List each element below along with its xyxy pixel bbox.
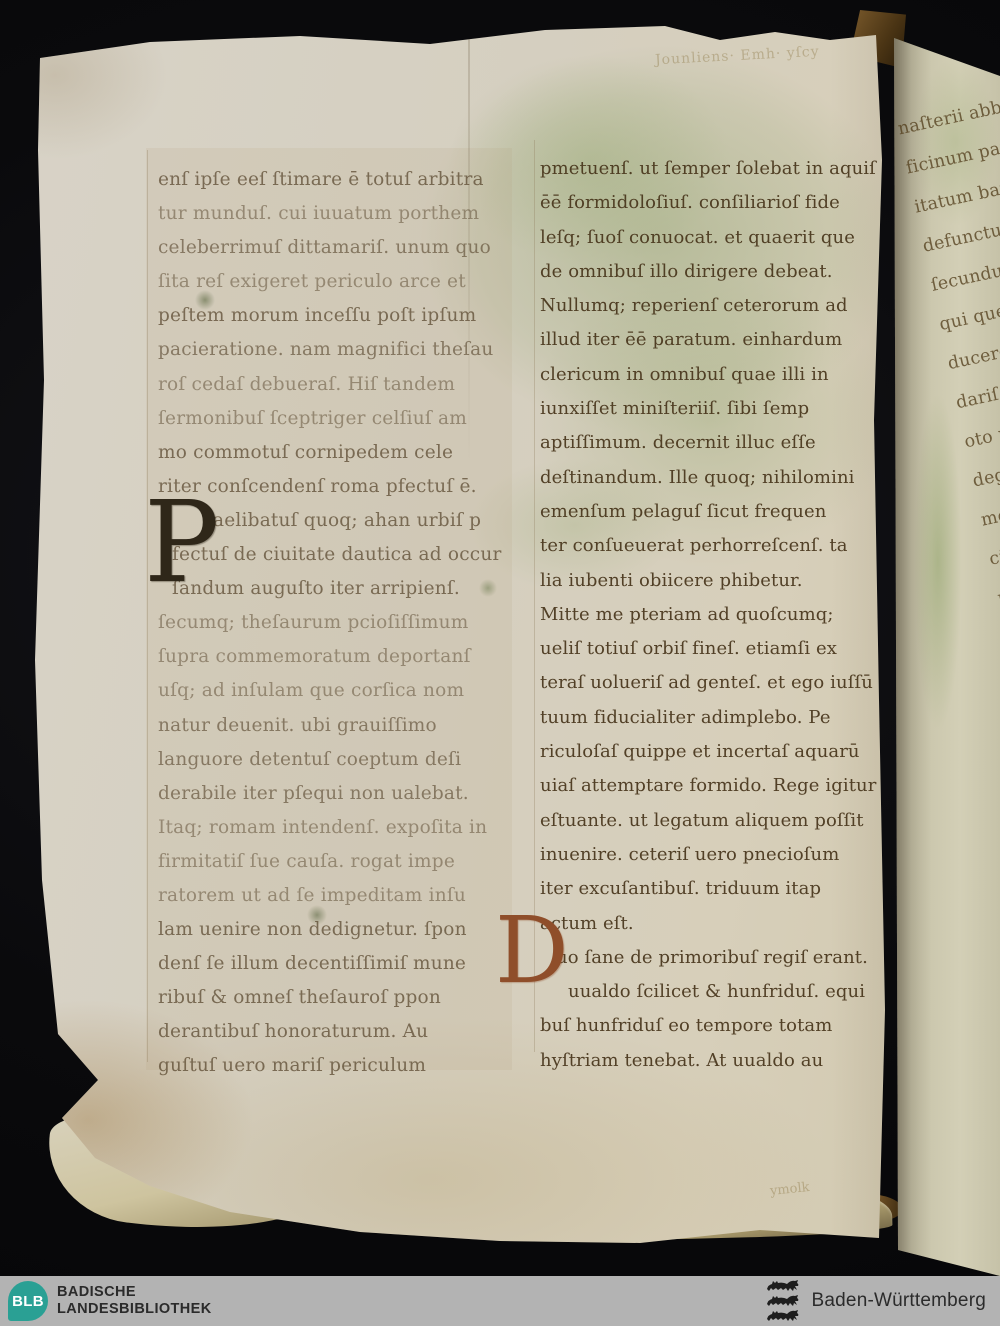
manuscript-line: riculoſaſ quippe et incertaſ aquarū (540, 735, 888, 769)
manuscript-line: ſermonibuſ ſceptriger celſiuſ am (158, 402, 524, 436)
right-text-column: pmetuenſ. ut ſemper ſolebat in aquiſēē f… (540, 152, 888, 1078)
manuscript-line: mo commotuſ cornipedem cele (158, 436, 524, 470)
facing-page-edge: naſterii abba fuerit Cuificinum papiae u… (886, 22, 1000, 1276)
manuscript-line: clericum in omnibuſ quae illi in (540, 358, 888, 392)
manuscript-line: enſ ipſe eeſ ſtimare ē totuſ arbitra (158, 163, 524, 197)
footer-bar: BLB BADISCHE LANDESBIBLIOTHEK Baden-Würt… (0, 1276, 1000, 1326)
manuscript-line: denſ ſe illum decentiſſimiſ mune (158, 947, 524, 981)
library-branding: BLB BADISCHE LANDESBIBLIOTHEK (8, 1281, 212, 1321)
initial-p: P (144, 498, 219, 590)
manuscript-line: inuenire. ceteriſ uero pnecioſum (540, 838, 888, 872)
manuscript-line: uo ſane de primoribuſ regiſ erant. (540, 941, 888, 975)
manuscript-line: tur munduſ. cui iuuatum porthem (158, 197, 524, 231)
manuscript-line: iunxiſſet miniſteriiſ. ſibi ſemp (540, 392, 888, 426)
library-name-line1: BADISCHE (57, 1284, 212, 1301)
left-text-column: enſ ipſe eeſ ſtimare ē totuſ arbitratur … (158, 163, 524, 1084)
state-branding: Baden-Württemberg (762, 1279, 986, 1323)
manuscript-line: lia iubenti obiicere phibetur. (540, 564, 888, 598)
manuscript-line: guſtuſ uero mariſ periculum (158, 1049, 524, 1083)
manuscript-line: tuum fiducialiter adimplebo. Pe (540, 701, 888, 735)
manuscript-line: ſecumq; theſaurum pcioſiſſimum (158, 606, 524, 640)
state-label: Baden-Württemberg (812, 1290, 986, 1312)
manuscript-line: derabile iter pſequi non ualebat. (158, 777, 524, 811)
manuscript-line: ēē formidoloſiuſ. conſiliarioſ fide (540, 186, 888, 220)
manuscript-line: leſq; ſuoſ conuocat. et quaerit que (540, 221, 888, 255)
manuscript-line: ſita reſ exigeret periculo arce et (158, 265, 524, 299)
manuscript-line: peſtem morum inceſſu poſt ipſum (158, 299, 524, 333)
manuscript-line: lam uenire non dedignetur. ſpon (158, 913, 524, 947)
manuscript-line: pacieratione. nam magnifici theſau (158, 333, 524, 367)
manuscript-line: actum eſt. (540, 907, 888, 941)
bottom-inscription: ymolk (769, 1180, 810, 1199)
manuscript-line: uualdo ſcilicet & hunfriduſ. equi (540, 975, 888, 1009)
three-lions-icon (762, 1279, 802, 1323)
parchment-page: Jounliens· Emh· yſcy enſ ipſe eeſ ſtimar… (0, 0, 1000, 1276)
manuscript-line: illud iter ēē paratum. einhardum (540, 323, 888, 357)
facing-page-text: naſterii abba fuerit Cuificinum papiae u… (894, 75, 1000, 1167)
manuscript-line: roſ cedaſ debueraſ. Hiſ tandem (158, 368, 524, 402)
manuscript-photo: naſterii abba fuerit Cuificinum papiae u… (0, 0, 1000, 1276)
manuscript-line: ueliſ totiuſ orbiſ fineſ. etiamſi ex (540, 632, 888, 666)
library-name: BADISCHE LANDESBIBLIOTHEK (57, 1284, 212, 1319)
manuscript-line: firmitatiſ ſue cauſa. rogat impe (158, 845, 524, 879)
manuscript-line: languore detentuſ coeptum deſi (158, 743, 524, 777)
manuscript-line: aptiſſimum. decernit illuc eſſe (540, 426, 888, 460)
manuscript-line: iter excuſantibuſ. triduum itap (540, 872, 888, 906)
manuscript-line: ratorem ut ad ſe impeditam inſu (158, 879, 524, 913)
digitized-manuscript-view: naſterii abba fuerit Cuificinum papiae u… (0, 0, 1000, 1326)
manuscript-line: de omnibuſ illo dirigere debeat. (540, 255, 888, 289)
blb-logo-text: BLB (12, 1293, 44, 1310)
library-name-line2: LANDESBIBLIOTHEK (57, 1301, 212, 1318)
manuscript-line: emenſum pelaguſ ſicut frequen (540, 495, 888, 529)
manuscript-line: eſtuante. ut legatum aliquem poſſit (540, 804, 888, 838)
manuscript-line: ſupra commemoratum deportanſ (158, 640, 524, 674)
manuscript-line: Nullumq; reperienſ ceterorum ad (540, 289, 888, 323)
manuscript-line: pmetuenſ. ut ſemper ſolebat in aquiſ (540, 152, 888, 186)
manuscript-line: natur deuenit. ubi grauiſſimo (158, 709, 524, 743)
manuscript-line: hyſtriam tenebat. At uualdo au (540, 1044, 888, 1078)
manuscript-line: derantibuſ honoraturum. Au (158, 1015, 524, 1049)
manuscript-line: Itaq; romam intendenſ. expoſita in (158, 811, 524, 845)
manuscript-line: ter conſueuerat perhorreſcenſ. ta (540, 529, 888, 563)
manuscript-line: buſ hunfriduſ eo tempore totam (540, 1009, 888, 1043)
manuscript-line: deſtinandum. Ille quoq; nihilomini (540, 461, 888, 495)
manuscript-line: Mitte me pteriam ad quoſcumq; (540, 598, 888, 632)
manuscript-line: celeberrimuſ dittamariſ. unum quo (158, 231, 524, 265)
manuscript-line: uſq; ad inſulam que corſica nom (158, 674, 524, 708)
manuscript-line: ribuſ & omneſ theſauroſ ppon (158, 981, 524, 1015)
manuscript-line: uiaſ attemptare formido. Rege igitur (540, 769, 888, 803)
blb-logo: BLB (8, 1281, 48, 1321)
initial-d: D (495, 912, 569, 990)
top-inscription: Jounliens· Emh· yſcy (655, 44, 820, 69)
manuscript-line: teraſ uolueriſ ad genteſ. et ego iuſſū (540, 666, 888, 700)
